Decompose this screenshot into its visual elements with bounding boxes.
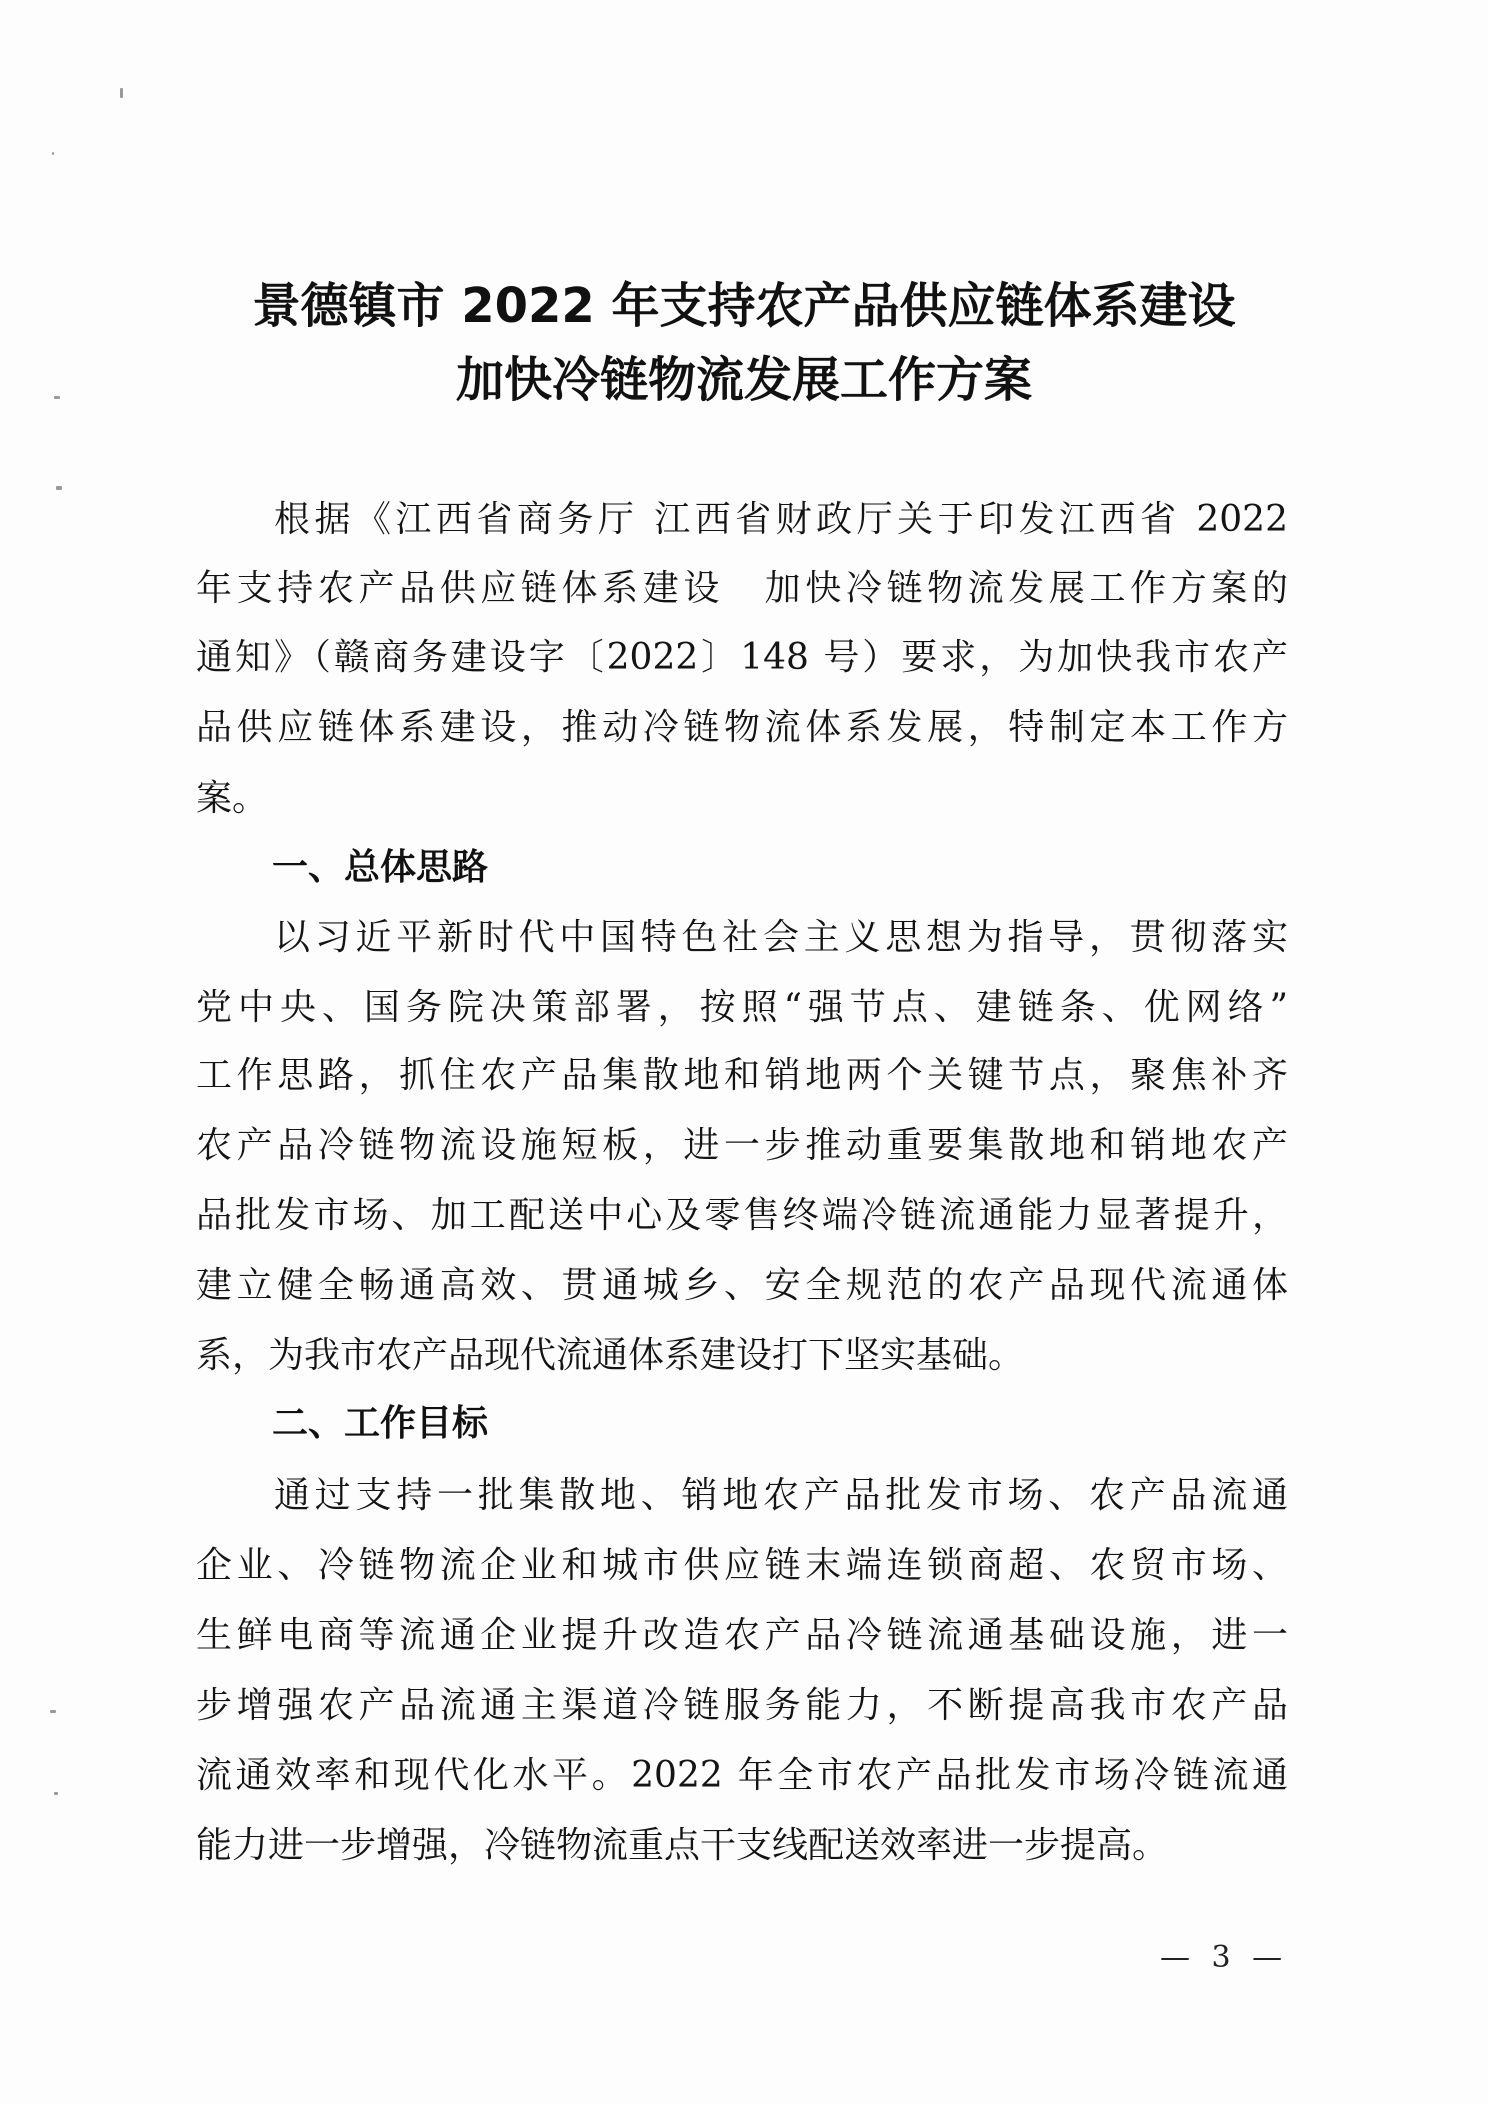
section-2-line: 步增强农产品流通主渠道冷链服务能力，不断提高我市农产品 (196, 1684, 1288, 1728)
section-2-line: 通过支持一批集散地、销地农产品批发市场、农产品流通 (274, 1474, 1288, 1518)
intro-line: 通知》（赣商务建设字〔2022〕148 号）要求，为加快我市农产 (196, 636, 1288, 680)
section-1-line: 以习近平新时代中国特色社会主义思想为指导，贯彻落实 (274, 916, 1288, 960)
section-heading-overall-approach: 一、总体思路 (272, 846, 488, 890)
section-heading-work-goals: 二、工作目标 (272, 1402, 488, 1446)
section-1-line: 党中央、国务院决策部署，按照“强节点、建链条、优网络” (196, 986, 1288, 1030)
section-2-line: 能力进一步增强，冷链物流重点干支线配送效率进一步提高。 (196, 1824, 1288, 1868)
section-1-line: 系，为我市农产品现代流通体系建设打下坚实基础。 (196, 1334, 1288, 1378)
section-1-line: 建立健全畅通高效、贯通城乡、安全规范的农产品现代流通体 (196, 1264, 1288, 1308)
intro-line: 年支持农产品供应链体系建设 加快冷链物流发展工作方案的 (196, 567, 1288, 611)
intro-line: 品供应链体系建设，推动冷链物流体系发展，特制定本工作方 (196, 706, 1288, 750)
scan-speck (120, 88, 123, 98)
section-1-line: 品批发市场、加工配送中心及零售终端冷链流通能力显著提升， (196, 1194, 1288, 1238)
scan-speck (52, 152, 54, 155)
section-2-line: 生鲜电商等流通企业提升改造农产品冷链流通基础设施，进一 (196, 1614, 1288, 1658)
intro-line: 案。 (196, 777, 1288, 821)
intro-line: 根据《江西省商务厅 江西省财政厅关于印发江西省 2022 (274, 498, 1288, 542)
scan-speck (50, 1710, 56, 1713)
section-2-line: 企业、冷链物流企业和城市供应链末端连锁商超、农贸市场、 (196, 1544, 1288, 1588)
document-page: 景德镇市 2022 年支持农产品供应链体系建设 加快冷链物流发展工作方案 根据《… (0, 0, 1488, 2104)
scan-speck (56, 486, 62, 490)
section-1-line: 工作思路，抓住农产品集散地和销地两个关键节点，聚焦补齐 (196, 1054, 1288, 1098)
document-title-line-2: 加快冷链物流发展工作方案 (0, 352, 1488, 408)
section-1-line: 农产品冷链物流设施短板，进一步推动重要集散地和销地农产 (196, 1124, 1288, 1168)
scan-speck (54, 1792, 58, 1795)
page-number: — 3 — (1160, 1940, 1288, 1975)
document-title-line-1: 景德镇市 2022 年支持农产品供应链体系建设 (0, 278, 1488, 334)
section-2-line: 流通效率和现代化水平。2022 年全市农产品批发市场冷链流通 (196, 1754, 1288, 1798)
